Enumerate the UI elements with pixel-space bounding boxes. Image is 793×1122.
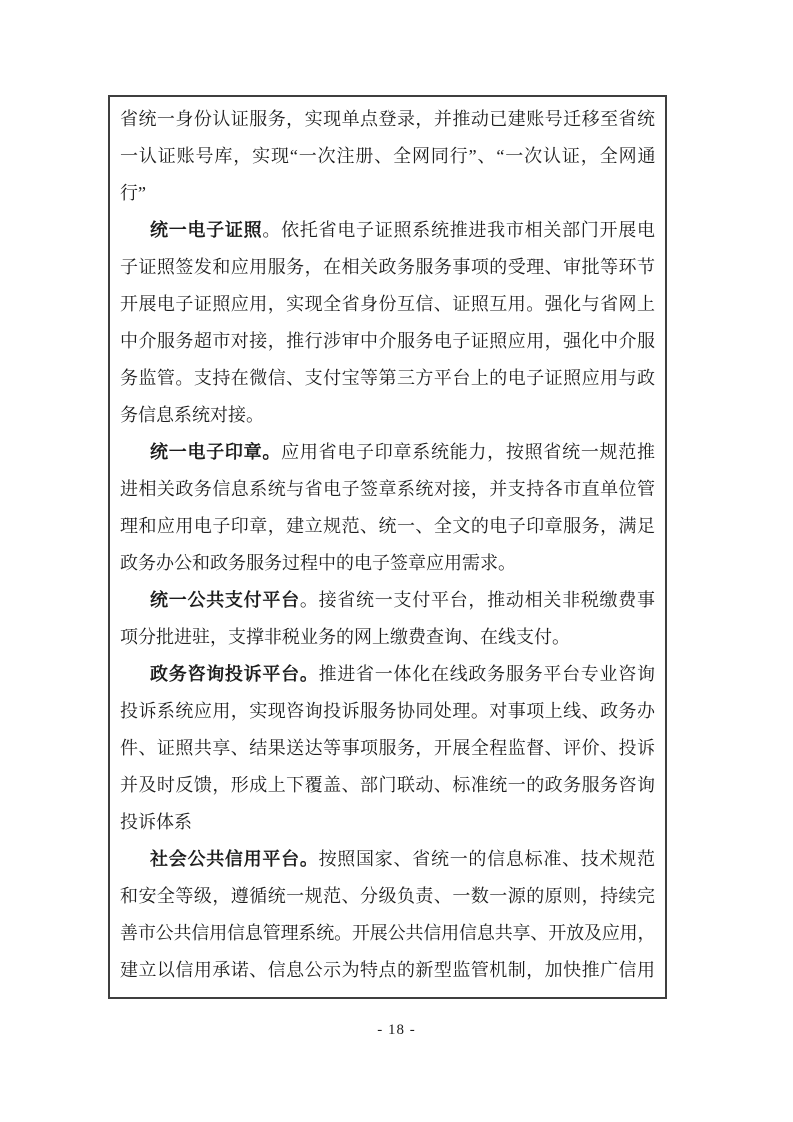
paragraph-lead-bold: 政务咨询投诉平台。 (150, 664, 319, 684)
text-line: 和安全等级，遵循统一规范、分级负责、一数一源的原则，持续完 (120, 878, 655, 915)
text-line: 件、证照共享、结果送达等事项服务，开展全程监督、评价、投诉 (120, 730, 655, 767)
text-line: 统一电子证照。依托省电子证照系统推进我市相关部门开展电 (120, 212, 655, 249)
paragraph: 社会公共信用平台。按照国家、省统一的信息标准、技术规范和安全等级，遵循统一规范、… (120, 841, 655, 989)
paragraph-lead-bold: 社会公共信用平台。 (150, 849, 319, 869)
text-line: 统一电子印章。应用省电子印章系统能力，按照省统一规范推 (120, 434, 655, 471)
paragraph-lead-bold: 统一电子印章。 (150, 442, 281, 462)
text-line: 建立以信用承诺、信息公示为特点的新型监管机制，加快推广信用 (120, 952, 655, 989)
text-line: 行” (120, 175, 655, 212)
text-line: 开展电子证照应用，实现全省身份互信、证照互用。强化与省网上 (120, 286, 655, 323)
paragraph-lead-bold: 统一电子证照 (150, 220, 262, 240)
text-line: 政务办公和政务服务过程中的电子签章应用需求。 (120, 545, 655, 582)
text-line: 统一公共支付平台。接省统一支付平台，推动相关非税缴费事 (120, 582, 655, 619)
paragraph-lead-bold: 统一公共支付平台 (150, 590, 300, 610)
text-line: 社会公共信用平台。按照国家、省统一的信息标准、技术规范 (120, 841, 655, 878)
text-line: 务监管。支持在微信、支付宝等第三方平台上的电子证照应用与政 (120, 360, 655, 397)
text-line: 政务咨询投诉平台。推进省一体化在线政务服务平台专业咨询 (120, 656, 655, 693)
paragraph: 省统一身份认证服务，实现单点登录，并推动已建账号迁移至省统一认证账号库，实现“一… (120, 101, 655, 212)
text-line: 省统一身份认证服务，实现单点登录，并推动已建账号迁移至省统 (120, 101, 655, 138)
text-line: 并及时反馈，形成上下覆盖、部门联动、标准统一的政务服务咨询 (120, 767, 655, 804)
paragraph: 统一公共支付平台。接省统一支付平台，推动相关非税缴费事项分批进驻，支撑非税业务的… (120, 582, 655, 656)
text-line: 投诉系统应用，实现咨询投诉服务协同处理。对事项上线、政务办 (120, 693, 655, 730)
page-number: - 18 - (0, 1022, 793, 1039)
text-frame: 省统一身份认证服务，实现单点登录，并推动已建账号迁移至省统一认证账号库，实现“一… (108, 95, 667, 999)
text-line: 理和应用电子印章，建立规范、统一、全文的电子印章服务，满足 (120, 508, 655, 545)
paragraph: 政务咨询投诉平台。推进省一体化在线政务服务平台专业咨询投诉系统应用，实现咨询投诉… (120, 656, 655, 841)
text-line: 中介服务超市对接，推行涉审中介服务电子证照应用，强化中介服 (120, 323, 655, 360)
text-line: 务信息系统对接。 (120, 397, 655, 434)
text-line: 子证照签发和应用服务，在相关政务服务事项的受理、审批等环节 (120, 249, 655, 286)
paragraph: 统一电子证照。依托省电子证照系统推进我市相关部门开展电子证照签发和应用服务，在相… (120, 212, 655, 434)
paragraph: 统一电子印章。应用省电子印章系统能力，按照省统一规范推进相关政务信息系统与省电子… (120, 434, 655, 582)
document-page: 省统一身份认证服务，实现单点登录，并推动已建账号迁移至省统一认证账号库，实现“一… (0, 0, 793, 1122)
text-line: 项分批进驻，支撑非税业务的网上缴费查询、在线支付。 (120, 619, 655, 656)
text-line: 善市公共信用信息管理系统。开展公共信用信息共享、开放及应用， (120, 915, 655, 952)
text-line: 投诉体系 (120, 804, 655, 841)
text-line: 一认证账号库，实现“一次注册、全网同行”、“一次认证，全网通 (120, 138, 655, 175)
text-line: 进相关政务信息系统与省电子签章系统对接，并支持各市直单位管 (120, 471, 655, 508)
